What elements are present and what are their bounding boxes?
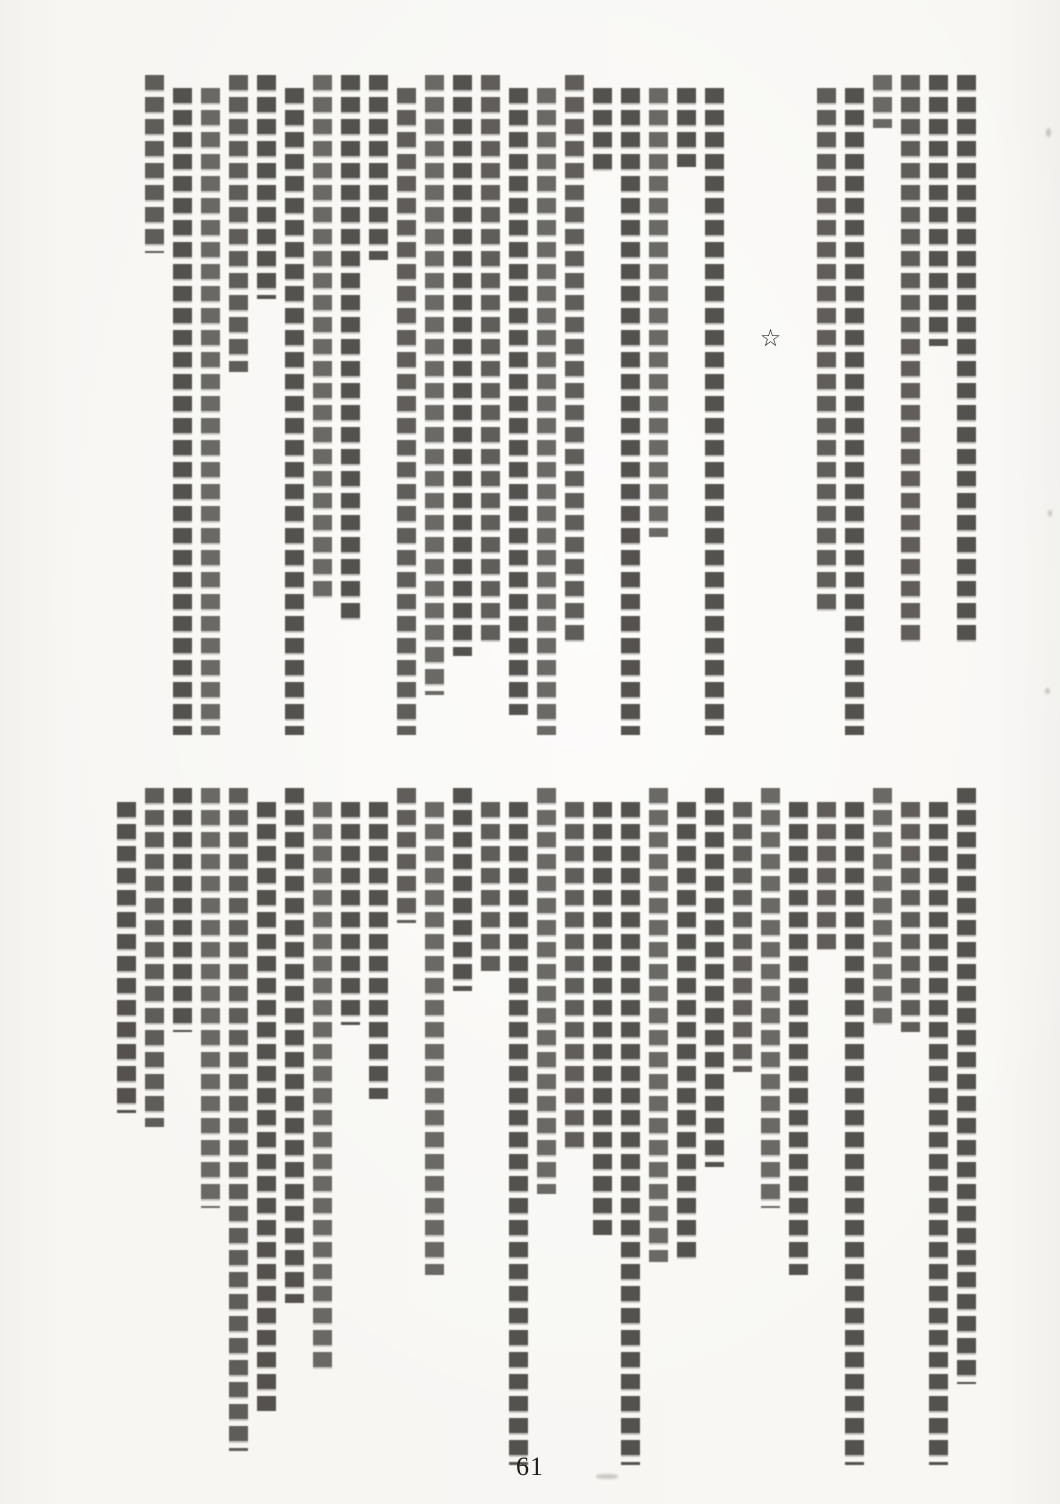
- text-column: [648, 75, 669, 735]
- redacted-text-run: [537, 88, 556, 735]
- text-column: [312, 788, 333, 1465]
- section-divider-star: ☆: [760, 75, 781, 735]
- text-column: [872, 788, 893, 1465]
- text-column: [256, 75, 277, 735]
- redacted-text-run: [593, 88, 612, 174]
- text-column: [144, 75, 165, 735]
- redacted-text-run: [285, 788, 304, 1303]
- scan-smudge: [596, 1474, 618, 1479]
- text-column: [844, 75, 865, 735]
- redacted-text-run: [789, 802, 808, 1276]
- text-column: [928, 75, 949, 735]
- redacted-text-run: [369, 75, 388, 260]
- redacted-text-run: [229, 788, 248, 1451]
- text-column: [872, 75, 893, 735]
- text-column: [480, 75, 501, 735]
- text-column: [704, 788, 725, 1465]
- text-column: [452, 75, 473, 735]
- text-column: [312, 75, 333, 735]
- text-column: [564, 75, 585, 735]
- text-column: [900, 788, 921, 1465]
- text-column: [536, 788, 557, 1465]
- redacted-text-run: [733, 802, 752, 1073]
- text-column: [676, 788, 697, 1465]
- scan-speck: [1048, 510, 1052, 517]
- redacted-text-run: [145, 75, 164, 253]
- scan-speck: [1046, 128, 1051, 137]
- text-block-top: ☆: [88, 75, 977, 735]
- text-column: [284, 75, 305, 735]
- text-column: [368, 75, 389, 735]
- redacted-text-run: [901, 75, 920, 643]
- blank-column: [732, 75, 753, 735]
- redacted-text-run: [509, 88, 528, 715]
- redacted-text-run: [565, 75, 584, 643]
- text-column: [424, 75, 445, 735]
- text-column: [732, 788, 753, 1465]
- text-column: [396, 75, 417, 735]
- text-column: [704, 75, 725, 735]
- blank-column: [788, 75, 809, 735]
- text-column: [368, 788, 389, 1465]
- redacted-text-run: [929, 802, 948, 1465]
- text-column: [592, 788, 613, 1465]
- text-column: [256, 788, 277, 1465]
- redacted-text-run: [929, 75, 948, 346]
- text-column: [200, 788, 221, 1465]
- redacted-text-run: [397, 788, 416, 923]
- redacted-text-run: [817, 802, 836, 951]
- text-column: [956, 75, 977, 735]
- text-column: [284, 788, 305, 1465]
- redacted-text-run: [621, 88, 640, 735]
- text-column: [424, 788, 445, 1465]
- redacted-text-run: [845, 802, 864, 1465]
- blank-column: [116, 75, 137, 735]
- text-column: [228, 75, 249, 735]
- text-column: [816, 75, 837, 735]
- text-column: [956, 788, 977, 1465]
- text-column: [228, 788, 249, 1465]
- text-column: [508, 75, 529, 735]
- redacted-text-run: [285, 88, 304, 735]
- text-column: [396, 788, 417, 1465]
- redacted-text-run: [565, 802, 584, 1154]
- star-icon: ☆: [760, 326, 782, 350]
- text-column: [928, 788, 949, 1465]
- text-column: [844, 788, 865, 1465]
- redacted-text-run: [705, 788, 724, 1167]
- text-column: [620, 788, 641, 1465]
- redacted-text-run: [201, 88, 220, 735]
- redacted-text-run: [509, 802, 528, 1465]
- text-column: [620, 75, 641, 735]
- redacted-text-run: [677, 88, 696, 167]
- text-column: [788, 788, 809, 1465]
- text-column: [480, 788, 501, 1465]
- redacted-text-run: [425, 75, 444, 695]
- redacted-text-run: [397, 88, 416, 735]
- scanned-page: ☆ 61: [0, 0, 1060, 1504]
- text-column: [172, 75, 193, 735]
- text-column: [116, 788, 137, 1465]
- redacted-text-run: [957, 75, 976, 643]
- redacted-text-run: [845, 88, 864, 735]
- redacted-text-run: [425, 802, 444, 1276]
- text-column: [144, 788, 165, 1465]
- redacted-text-run: [481, 802, 500, 971]
- redacted-text-run: [677, 802, 696, 1262]
- redacted-text-run: [341, 75, 360, 623]
- redacted-text-run: [649, 788, 668, 1262]
- text-column: [172, 788, 193, 1465]
- redacted-text-run: [201, 788, 220, 1208]
- redacted-text-run: [649, 88, 668, 537]
- text-column: [452, 788, 473, 1465]
- redacted-text-run: [313, 75, 332, 603]
- text-column: [340, 75, 361, 735]
- redacted-text-run: [705, 88, 724, 735]
- blank-column: [88, 75, 109, 735]
- redacted-text-run: [257, 802, 276, 1411]
- page-number: 61: [0, 1452, 1060, 1482]
- redacted-text-run: [229, 75, 248, 372]
- text-column: [592, 75, 613, 735]
- redacted-text-run: [341, 802, 360, 1025]
- text-column: [340, 788, 361, 1465]
- redacted-text-run: [173, 88, 192, 735]
- redacted-text-run: [901, 802, 920, 1032]
- redacted-text-run: [957, 788, 976, 1384]
- redacted-text-run: [173, 788, 192, 1032]
- redacted-text-run: [481, 75, 500, 643]
- redacted-text-run: [621, 802, 640, 1465]
- redacted-text-run: [369, 802, 388, 1100]
- text-column: [564, 788, 585, 1465]
- text-column: [816, 788, 837, 1465]
- redacted-text-run: [593, 802, 612, 1235]
- text-column: [508, 788, 529, 1465]
- redacted-text-run: [145, 788, 164, 1127]
- text-column: [536, 75, 557, 735]
- redacted-text-run: [817, 88, 836, 616]
- redacted-text-run: [537, 788, 556, 1194]
- redacted-text-run: [257, 75, 276, 299]
- text-column: [648, 788, 669, 1465]
- text-block-bottom: [88, 788, 977, 1465]
- text-column: [200, 75, 221, 735]
- redacted-text-run: [453, 75, 472, 656]
- redacted-text-run: [873, 75, 892, 128]
- blank-column: [88, 788, 109, 1465]
- scan-speck: [1045, 688, 1050, 694]
- text-column: [760, 788, 781, 1465]
- text-column: [900, 75, 921, 735]
- redacted-text-run: [453, 788, 472, 991]
- redacted-text-run: [761, 788, 780, 1208]
- redacted-text-run: [313, 802, 332, 1371]
- text-column: [676, 75, 697, 735]
- redacted-text-run: [117, 802, 136, 1113]
- redacted-text-run: [873, 788, 892, 1025]
